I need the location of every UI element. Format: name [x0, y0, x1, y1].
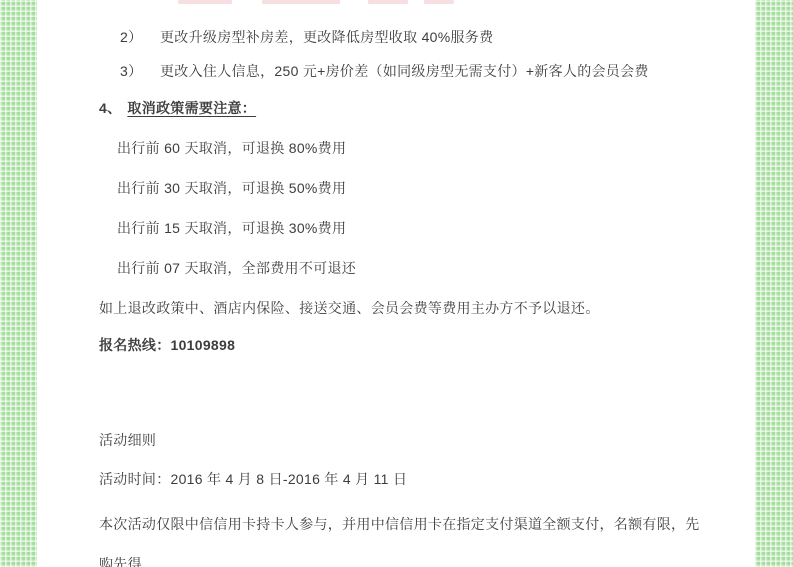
cutoff-fragment — [262, 0, 340, 4]
cutoff-fragment — [424, 0, 454, 4]
change-policy-item-3: 3）更改入住人信息，250 元+房价差（如同级房型无需支付）+新客人的会员会费 — [120, 64, 649, 79]
list-item-text: 更改升级房型补房差，更改降低房型收取 40%服务费 — [160, 29, 493, 45]
cancel-policy-section-heading: 4、取消政策需要注意： — [99, 101, 256, 116]
cancel-policy-line-07d: 出行前 07 天取消，全部费用不可退还 — [117, 261, 356, 276]
cancel-policy-line-60d: 出行前 60 天取消，可退换 80%费用 — [117, 141, 346, 156]
rule-eligibility: 本次活动仅限中信信用卡持卡人参与，并用中信信用卡在指定支付渠道全额支付，名额有限… — [99, 517, 700, 532]
list-item-text: 更改入住人信息，250 元+房价差（如同级房型无需支付）+新客人的会员会费 — [160, 63, 649, 79]
rule-activity-time: 活动时间：2016 年 4 月 8 日-2016 年 4 月 11 日 — [99, 472, 407, 487]
section-title-underlined: 取消政策需要注意： — [127, 100, 256, 116]
rule-eligibility-continued-clipped: 购先得 — [99, 557, 142, 567]
cutoff-fragment — [178, 0, 232, 4]
rules-title: 活动细则 — [99, 433, 156, 448]
right-border-gingham-pattern — [755, 0, 793, 567]
left-border-gingham-pattern — [0, 0, 37, 567]
section-number: 4、 — [99, 100, 121, 116]
hotline-heading: 报名热线：10109898 — [99, 338, 235, 353]
change-policy-item-2: 2）更改升级房型补房差，更改降低房型收取 40%服务费 — [120, 30, 493, 45]
list-marker: 2） — [120, 30, 144, 45]
list-marker: 3） — [120, 64, 144, 79]
cutoff-fragment — [368, 0, 408, 4]
cancel-policy-line-15d: 出行前 15 天取消，可退换 30%费用 — [117, 221, 346, 236]
cancel-policy-line-30d: 出行前 30 天取消，可退换 50%费用 — [117, 181, 346, 196]
refund-note: 如上退改政策中、酒店内保险、接送交通、会员会费等费用主办方不予以退还。 — [99, 301, 600, 316]
